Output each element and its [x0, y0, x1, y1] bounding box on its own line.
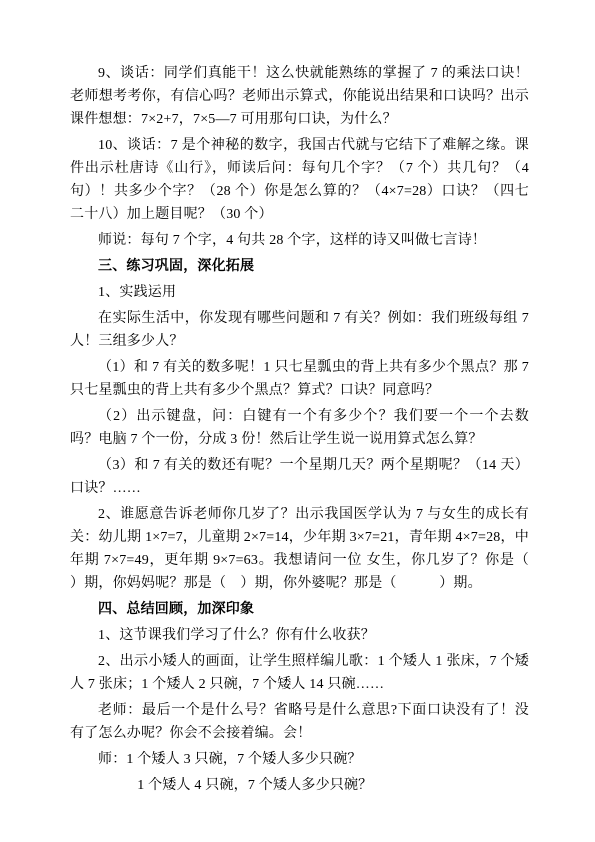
- paragraph-teacher-question: 老师：最后一个是什么号？省略号是什么意思?下面口诀没有了！没有了怎么办呢？你会不…: [70, 699, 529, 745]
- section-heading-4: 四、总结回顾，加深印象: [70, 598, 529, 621]
- document-page: 9、谈话：同学们真能干！这么快就能熟练的掌握了 7 的乘法口诀！老师想考考你，有…: [0, 0, 595, 842]
- paragraph-item-1: （1）和 7 有关的数多呢！1 只七星瓢虫的背上共有多少个黑点？那 7 只七星瓢…: [70, 356, 529, 402]
- paragraph-item-3: （3）和 7 有关的数还有呢？一个星期几天？两个星期呢？（14 天）口诀？……: [70, 454, 529, 500]
- paragraph-talk-10: 10、谈话：7 是个神秘的数字，我国古代就与它结下了难解之缘。课件出示杜唐诗《山…: [70, 134, 529, 226]
- paragraph-summary-2: 2、出示小矮人的画面，让学生照样编儿歌：1 个矮人 1 张床，7 个矮人 7 张…: [70, 650, 529, 696]
- paragraph-teacher-says: 师说：每句 7 个字，4 句共 28 个字，这样的诗又叫做七言诗！: [70, 229, 529, 252]
- paragraph-age-question: 2、谁愿意告诉老师你几岁了？出示我国医学认为 7 与女生的成长有关：幼儿期 1×…: [70, 503, 529, 595]
- paragraph-rhyme-line-1: 师：1 个矮人 3 只碗，7 个矮人多少只碗？: [70, 748, 529, 771]
- paragraph-real-life: 在实际生活中，你发现有哪些问题和 7 有关？例如：我们班级每组 7 人！三组多少…: [70, 307, 529, 353]
- paragraph-talk-9: 9、谈话：同学们真能干！这么快就能熟练的掌握了 7 的乘法口诀！老师想考考你，有…: [70, 62, 529, 131]
- paragraph-rhyme-line-2: 1 个矮人 4 只碗，7 个矮人多少只碗？: [70, 774, 529, 797]
- paragraph-item-2: （2）出示键盘，问：白键有一个有多少个？我们要一个一个去数吗？电脑 7 个一份，…: [70, 405, 529, 451]
- section-heading-3: 三、练习巩固，深化拓展: [70, 255, 529, 278]
- paragraph-summary-1: 1、这节课我们学习了什么？你有什么收获？: [70, 624, 529, 647]
- paragraph-practice-title: 1、实践运用: [70, 281, 529, 304]
- document-body: { "page": { "background_color": "#ffffff…: [0, 0, 595, 842]
